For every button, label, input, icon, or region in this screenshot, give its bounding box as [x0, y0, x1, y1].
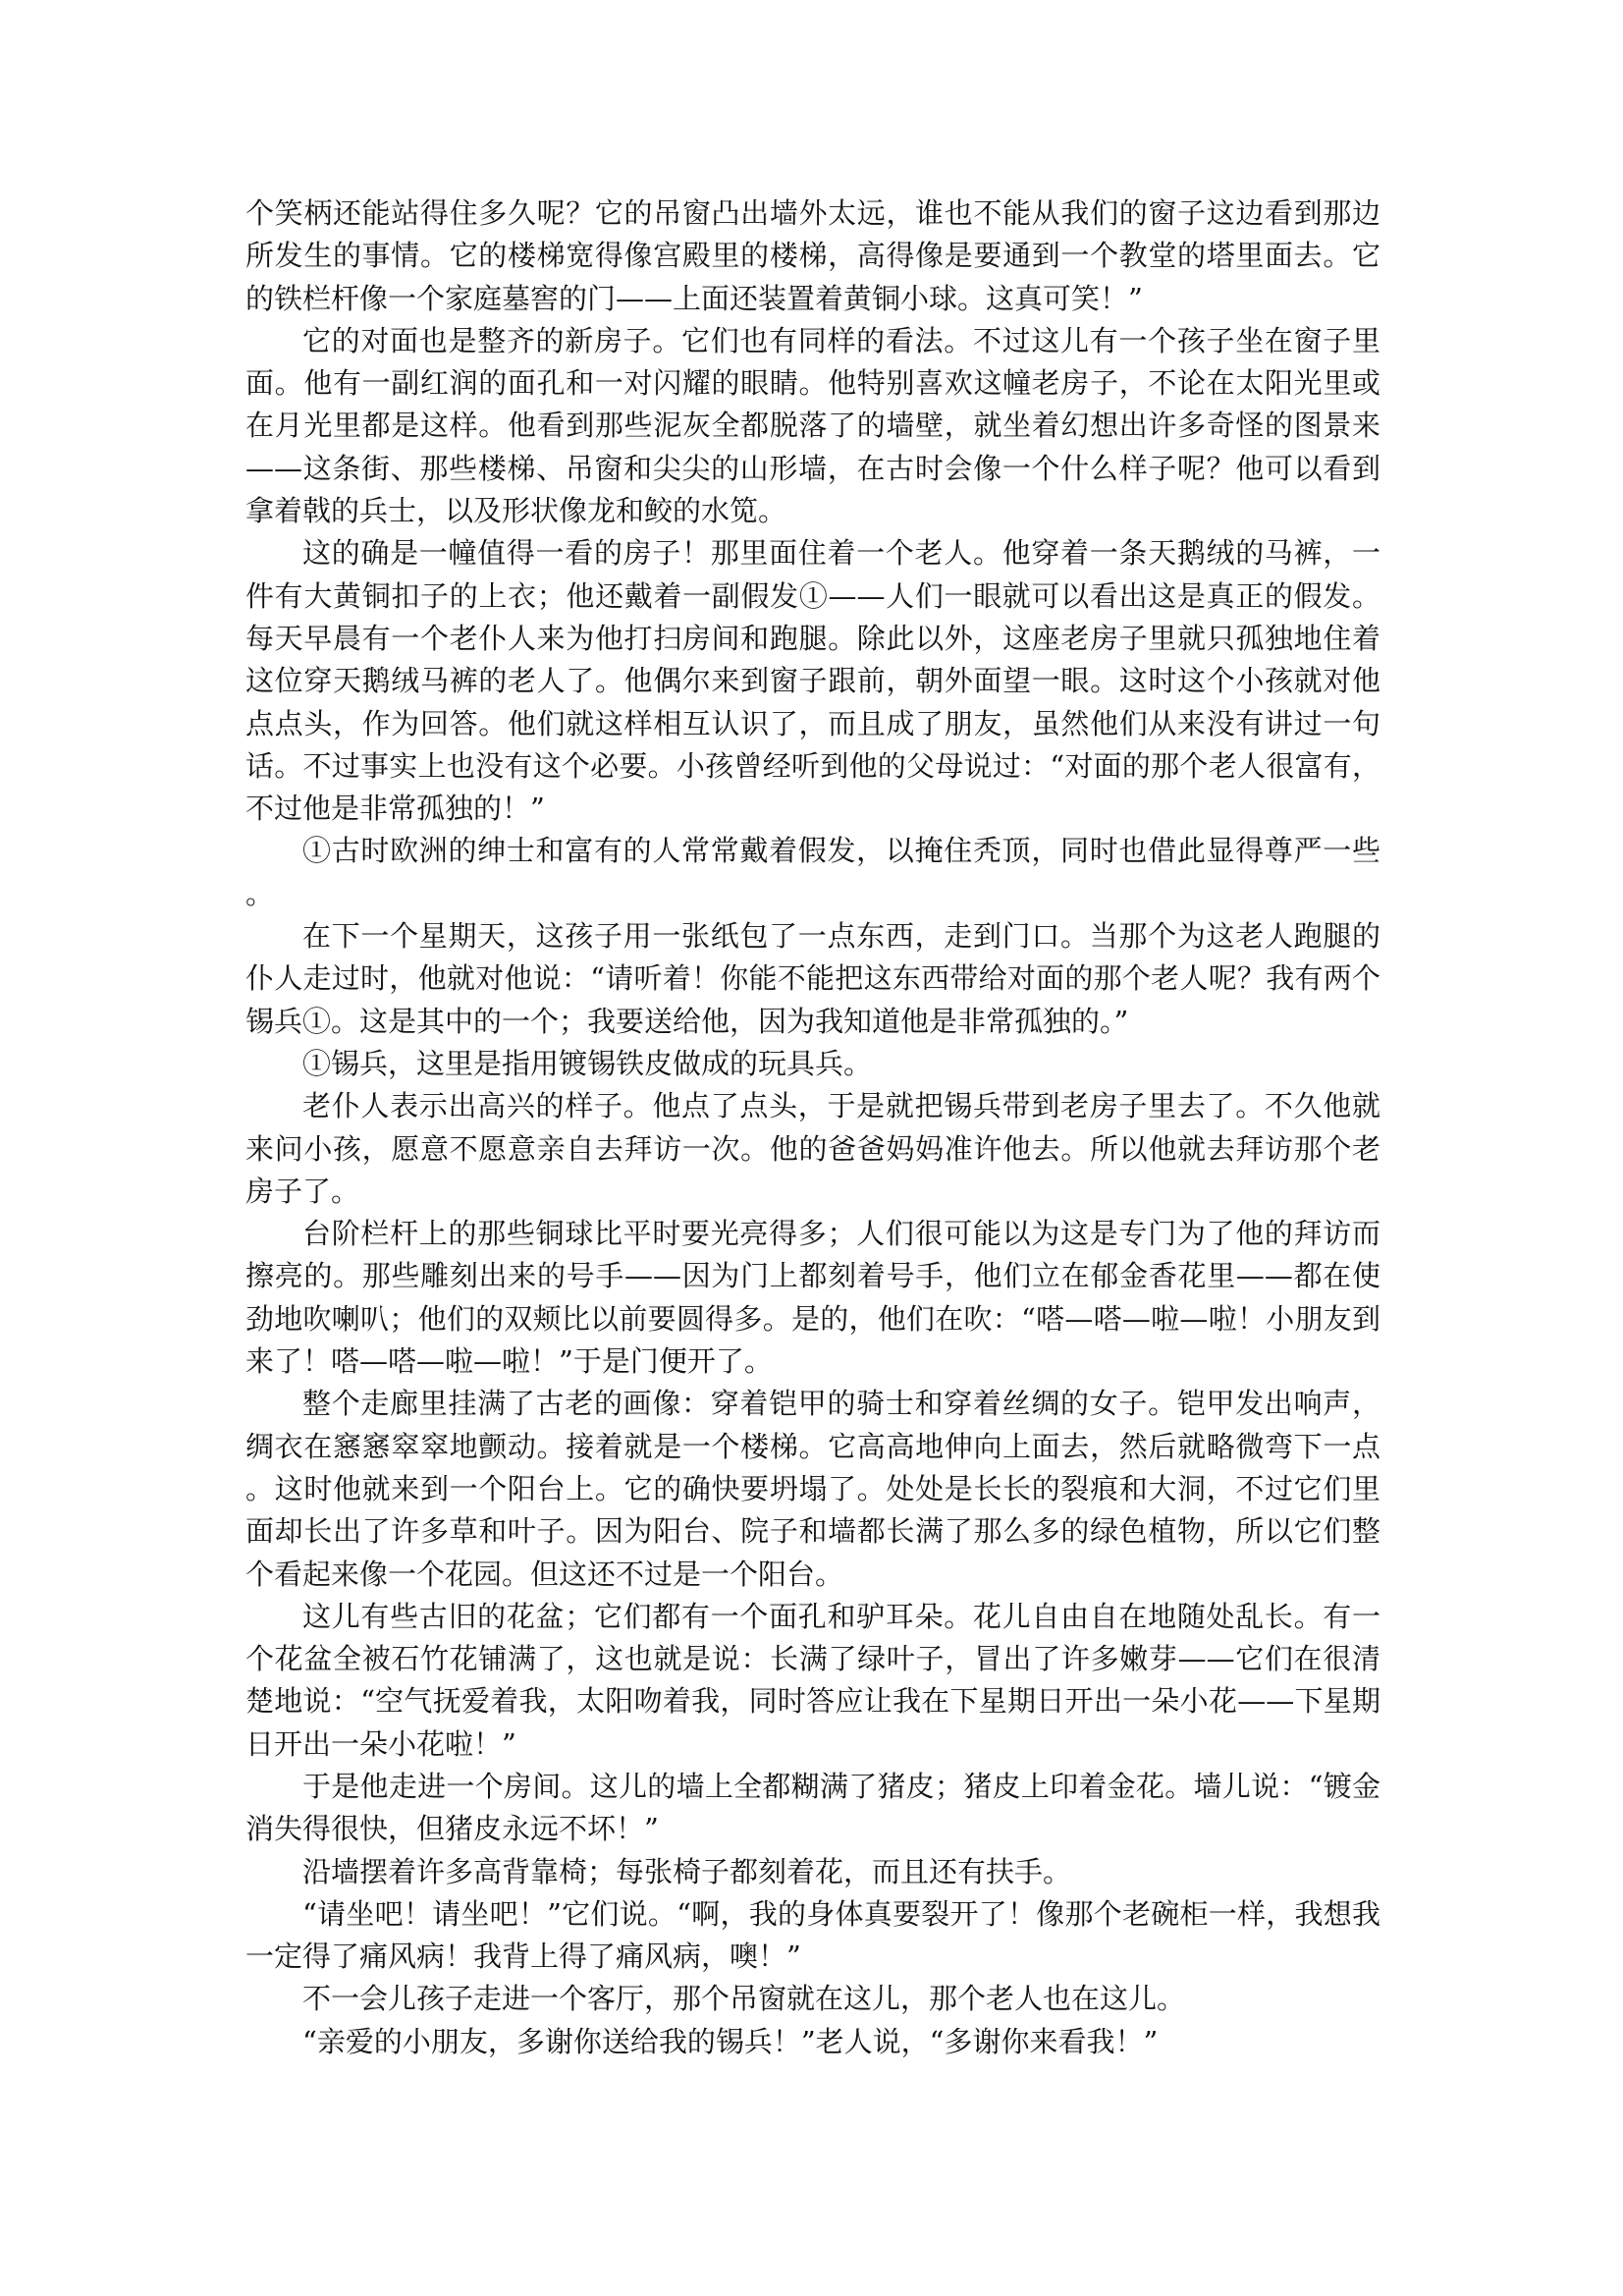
paragraph: 个笑柄还能站得住多久呢？它的吊窗凸出墙外太远，谁也不能从我们的窗子这边看到那边所… [245, 192, 1380, 320]
paragraph: 整个走廊里挂满了古老的画像：穿着铠甲的骑士和穿着丝绸的女子。铠甲发出响声，绸衣在… [245, 1383, 1380, 1595]
paragraph: 这儿有些古旧的花盆；它们都有一个面孔和驴耳朵。花儿自由自在地随处乱长。有一个花盆… [245, 1596, 1380, 1766]
paragraph: 老仆人表示出高兴的样子。他点了点头，于是就把锡兵带到老房子里去了。不久他就来问小… [245, 1085, 1380, 1213]
paragraph: “亲爱的小朋友，多谢你送给我的锡兵！”老人说，“多谢你来看我！” [245, 2021, 1380, 2063]
document-page: 个笑柄还能站得住多久呢？它的吊窗凸出墙外太远，谁也不能从我们的窗子这边看到那边所… [245, 192, 1380, 2063]
paragraph: 这的确是一幢值得一看的房子！那里面住着一个老人。他穿着一条天鹅绒的马裤，一件有大… [245, 532, 1380, 830]
paragraph: 不一会儿孩子走进一个客厅，那个吊窗就在这儿，那个老人也在这儿。 [245, 1978, 1380, 2020]
paragraph: 在下一个星期天，这孩子用一张纸包了一点东西，走到门口。当那个为这老人跑腿的仆人走… [245, 915, 1380, 1043]
paragraph: “请坐吧！请坐吧！”它们说。“啊，我的身体真要裂开了！像那个老碗柜一样，我想我一… [245, 1893, 1380, 1979]
footnote: ①锡兵，这里是指用镀锡铁皮做成的玩具兵。 [245, 1043, 1380, 1085]
paragraph: 它的对面也是整齐的新房子。它们也有同样的看法。不过这儿有一个孩子坐在窗子里面。他… [245, 320, 1380, 532]
footnote: ①古时欧洲的绅士和富有的人常常戴着假发，以掩住秃顶，同时也借此显得尊严一些。 [245, 830, 1380, 915]
paragraph: 台阶栏杆上的那些铜球比平时要光亮得多；人们很可能以为这是专门为了他的拜访而擦亮的… [245, 1213, 1380, 1383]
paragraph: 沿墙摆着许多高背靠椅；每张椅子都刻着花，而且还有扶手。 [245, 1851, 1380, 1893]
paragraph: 于是他走进一个房间。这儿的墙上全都糊满了猪皮；猪皮上印着金花。墙儿说：“镀金消失… [245, 1766, 1380, 1851]
